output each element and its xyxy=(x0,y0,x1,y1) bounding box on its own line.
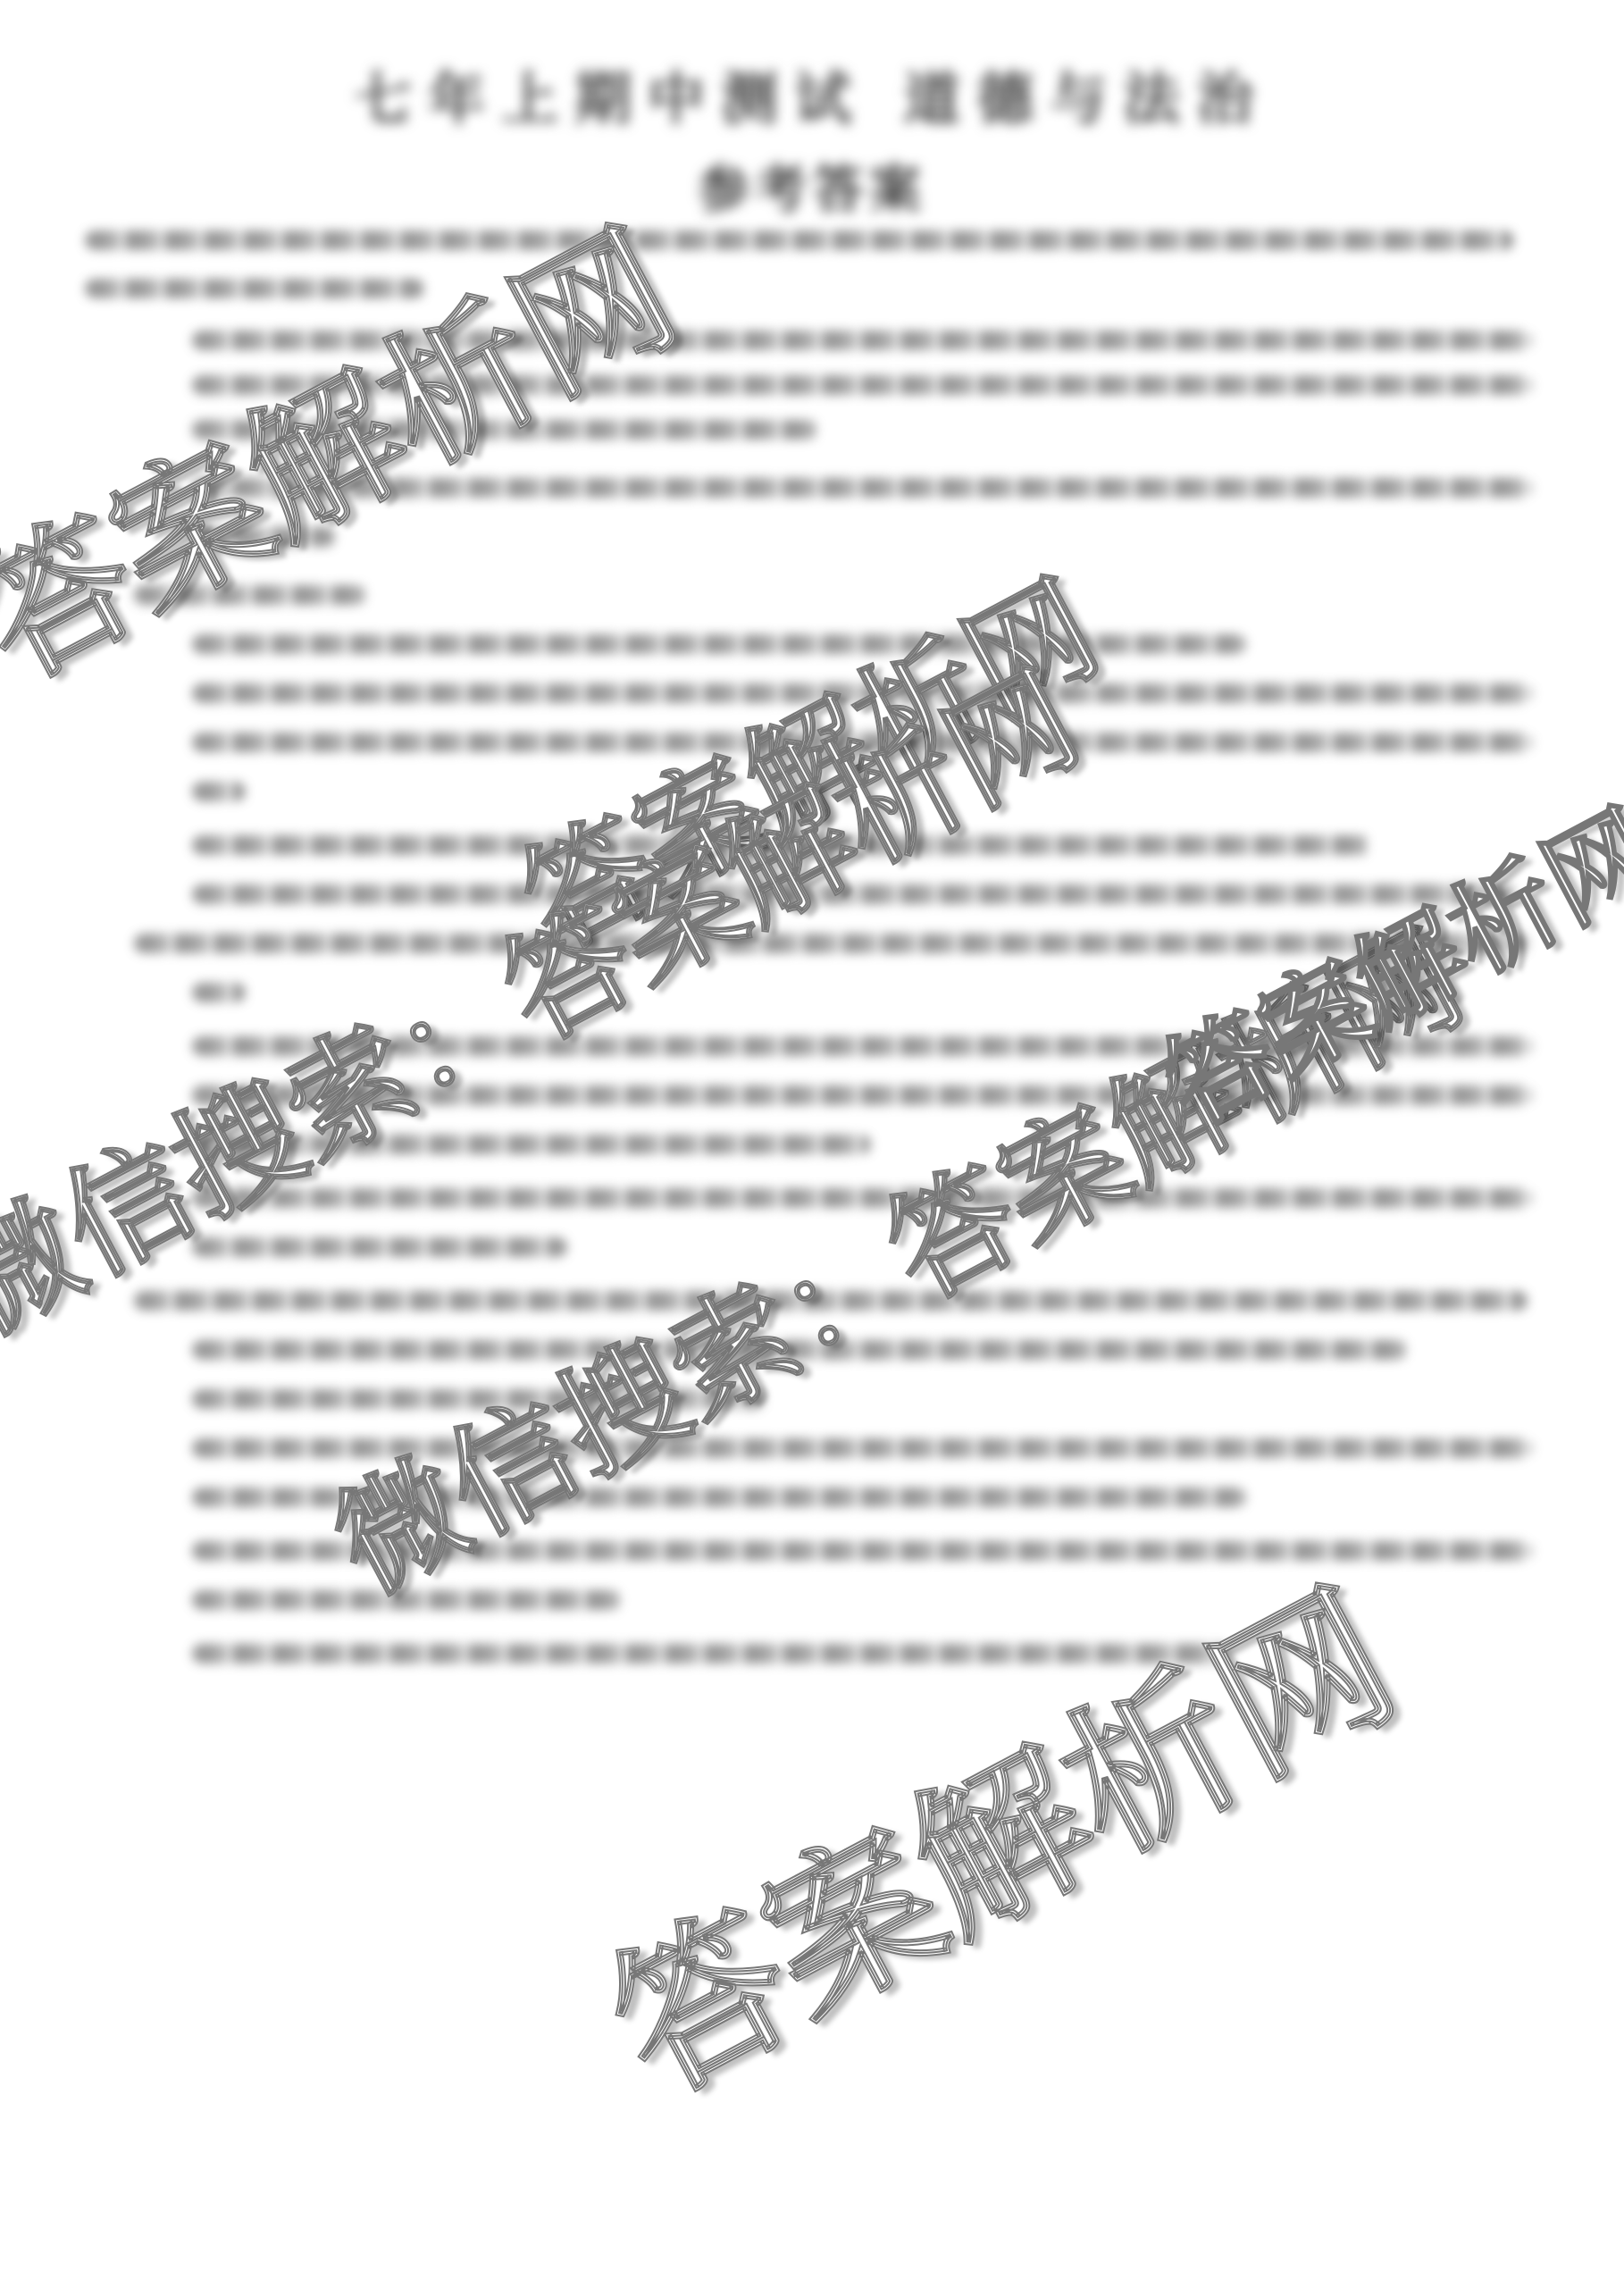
text-line xyxy=(192,1237,567,1257)
text-line xyxy=(192,983,246,1002)
watermark-site: 答案解析网 xyxy=(565,1524,1428,2138)
document-page: 七年上期中测试 道德与法治 参考答案 答案解析网 答案解析网 xyxy=(0,0,1624,2296)
text-line xyxy=(85,230,1514,250)
document-title: 七年上期中测试 道德与法治 xyxy=(0,54,1624,136)
document-subtitle: 参考答案 xyxy=(0,147,1624,222)
text-line xyxy=(192,782,246,801)
